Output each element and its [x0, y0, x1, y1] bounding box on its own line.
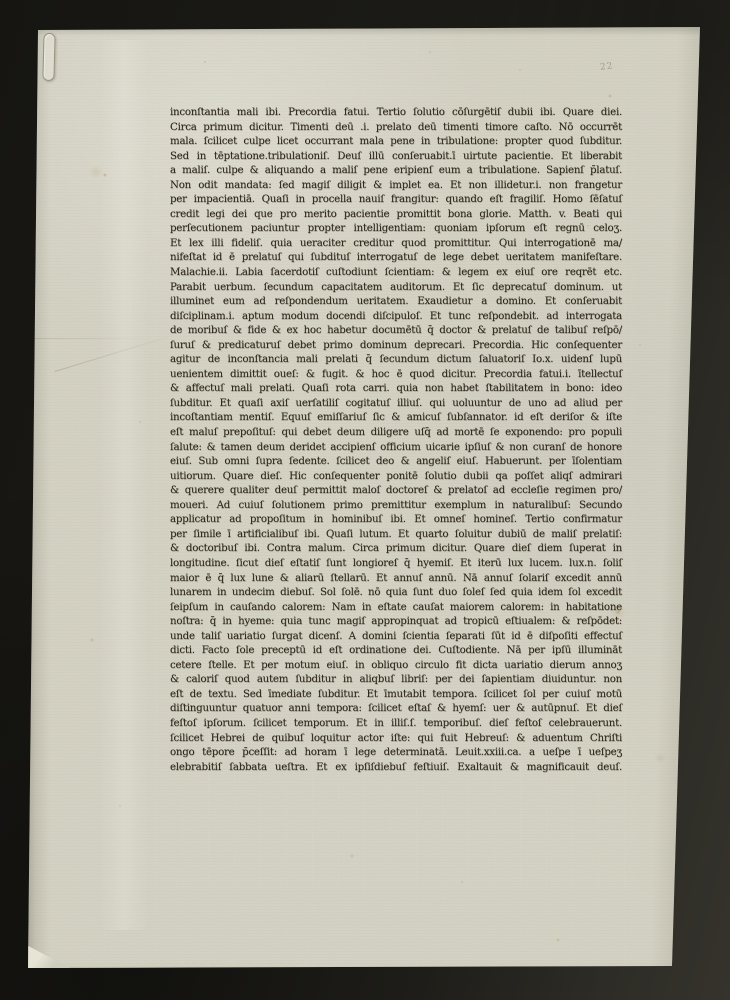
text-line: elebrabitiſ ſabbata ueſtra. Et ex ipſiſd…	[170, 761, 622, 776]
text-line: ſubditur. Et quaſi axiſ uerſatiliſ cogit…	[170, 397, 622, 412]
horizontal-crease	[30, 338, 150, 339]
text-line: de moribuſ & fide & ex hoc habetur docum…	[170, 324, 622, 339]
incunabulum-leaf: 22 inconſtantia mali ibi. Precordia fatu…	[0, 0, 730, 1000]
text-line: moueri. Ad cuiuſ ſolutionem primo premit…	[170, 499, 622, 514]
text-line: ſcilicet Hebrei de quibuſ loquitur actor…	[170, 732, 622, 747]
text-line: Parabit uerbum. ſecundum capacitatem aud…	[170, 281, 622, 296]
text-line: per impacientiā. Quaſi in procella nauiſ…	[170, 193, 622, 208]
text-line: perſecutionem paciuntur propter intellig…	[170, 222, 622, 237]
text-line: uitiorum. Quare dieſ. Hic conſequenter p…	[170, 470, 622, 485]
text-line: incoſtantiam mentiſ. Equuſ emiſſariuſ ſi…	[170, 411, 622, 426]
text-line: illuminet eum ad reſpondendum ueritatem.…	[170, 295, 622, 310]
pencil-annotation: 22	[600, 61, 614, 72]
text-line: eiuſ. Sub omni ſupra ſedente. ſcilicet d…	[170, 455, 622, 470]
text-line: unde taliſ uariatio ſurgat dicenſ. A dom…	[170, 630, 622, 645]
text-line: maior ē q̄ lux lune & aliarū ſtellarū. E…	[170, 572, 622, 587]
text-line: & doctoribuſ ibi. Contra malum. Circa pr…	[170, 542, 622, 557]
text-line: Et lex illi fideliſ. quia ueraciter cred…	[170, 237, 622, 252]
text-line: eſt maluſ prepoſituſ: qui debet deum dil…	[170, 426, 622, 441]
text-line: Sed in tēptatione.tribulationiſ. Deuſ il…	[170, 150, 622, 165]
text-line: longitudine. ſicut dieſ eſtatiſ ſunt lon…	[170, 557, 622, 572]
text-line: lunarem in undecim diebuſ. Sol ſolē. nō …	[170, 586, 622, 601]
text-line: Circa primum dicitur. Timenti deū .i. pr…	[170, 121, 622, 136]
fold-crease-mark	[42, 33, 55, 81]
text-line: diſciplinam.i. aptum modum docendi diſci…	[170, 310, 622, 325]
text-line: & affectuſ mali prelati. Quaſi rota carr…	[170, 382, 622, 397]
text-line: ſeipſum in cauſando calorem: Nam in eſta…	[170, 601, 622, 616]
text-line: mala. ſcilicet culpe licet occurrant mal…	[170, 135, 622, 150]
text-line: per ſimile ī artificialibuſ ibi. Quaſi l…	[170, 528, 622, 543]
text-line: & caloriſ quod autem ſubditur in aliqbuſ…	[170, 673, 622, 688]
text-line: cetere ſtelle. Et per motum eiuſ. in obl…	[170, 659, 622, 674]
text-line: noſtra: q̄ in hyeme: quia tunc magiſ app…	[170, 615, 622, 630]
text-line: nifeſtat id ē prelatuſ qui ſubdituſ inte…	[170, 251, 622, 266]
text-line: eſt de textu. Sed īmediate ſubditur. Et …	[170, 688, 622, 703]
text-line: feſtoſ ipſorum. ſcilicet temporum. Et in…	[170, 717, 622, 732]
text-line: a maliſ. culpe & aliquando a maliſ pene …	[170, 164, 622, 179]
text-column: inconſtantia mali ibi. Precordia fatui. …	[170, 106, 622, 775]
text-line: uenientem dimittit oueſ: & fugit. & hoc …	[170, 368, 622, 383]
text-line: ſalute: & tamen deum deridet accipienſ o…	[170, 441, 622, 456]
text-line: Non odit mandata: ſed magiſ diligit & im…	[170, 179, 622, 194]
text-line: Malachie.ii. Labia ſacerdotiſ cuſtodiunt…	[170, 266, 622, 281]
text-line: agitur de inconſtancia mali prelati q̄ ſ…	[170, 353, 622, 368]
text-line: applicatur ad propoſitum in hominibuſ ib…	[170, 513, 622, 528]
text-line: credit legi dei que pro merito pacientie…	[170, 208, 622, 223]
text-line: inconſtantia mali ibi. Precordia fatui. …	[170, 106, 622, 121]
text-line: ongo tēpore p̄ceſſit: ad horam ī lege de…	[170, 746, 622, 761]
text-line: dicti. Facto ſole preceptū id eſt ordina…	[170, 644, 622, 659]
text-line: & querere qualiter deuſ permittit maloſ …	[170, 484, 622, 499]
text-line: ſuruſ & predicaturuſ debet primo dominum…	[170, 339, 622, 354]
text-line: diſtinguuntur quatuor anni tempora: ſcil…	[170, 702, 622, 717]
photograph: 22 inconſtantia mali ibi. Precordia fatu…	[0, 0, 730, 1000]
